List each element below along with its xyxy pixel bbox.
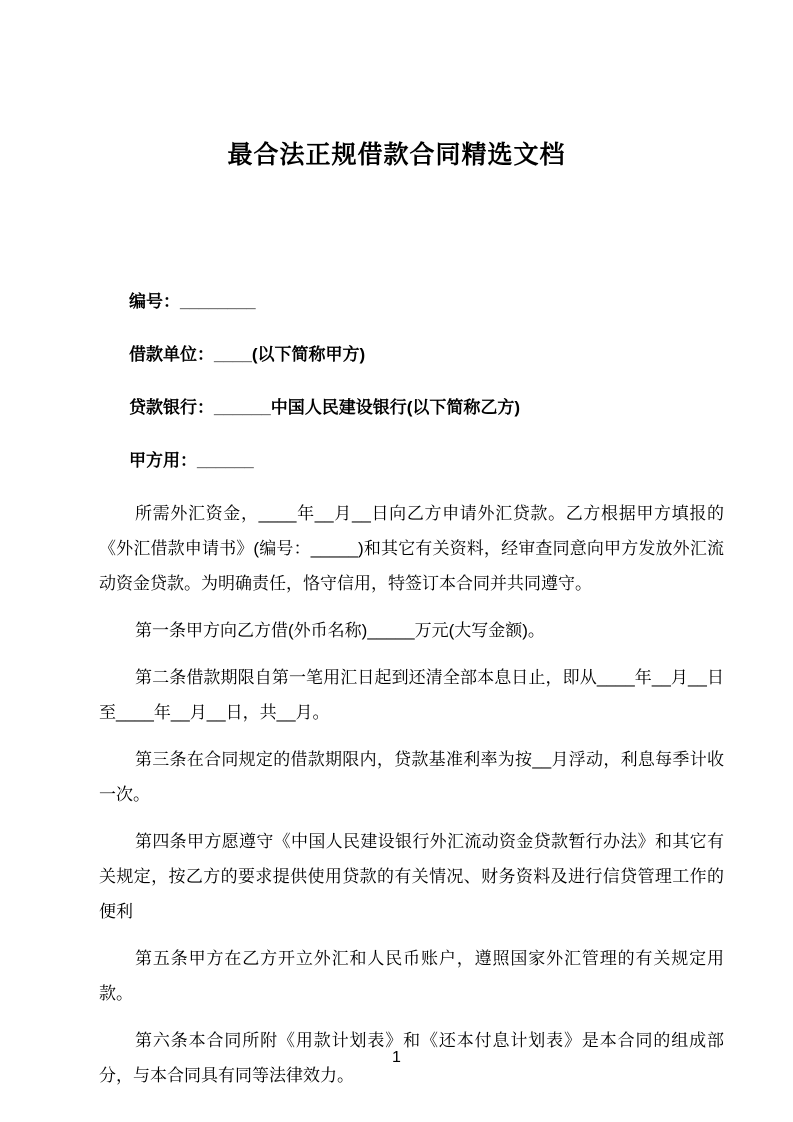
field-label-contract-number: 编号： (129, 292, 180, 311)
paragraph-clause-3: 第三条在合同规定的借款期限内，贷款基准利率为按__月浮动，利息每季计收一次。 (99, 742, 724, 812)
paragraph-clause-1: 第一条甲方向乙方借(外币名称)_____万元(大写金额)。 (99, 613, 724, 648)
field-line-lending-bank: 贷款银行：______中国人民建设银行(以下简称乙方) (99, 390, 724, 425)
paragraph-preamble: 所需外汇资金，____年__月__日向乙方申请外汇贷款。乙方根据甲方填报的《外汇… (99, 496, 724, 601)
paragraph-clause-5: 第五条甲方在乙方开立外汇和人民币账户，遵照国家外汇管理的有关规定用款。 (99, 941, 724, 1011)
field-value-lending-bank: ______中国人民建设银行(以下简称乙方) (214, 398, 520, 417)
field-label-party-a-use: 甲方用： (129, 451, 197, 470)
document-body: 编号：________ 借款单位：____(以下简称甲方) 贷款银行：_____… (99, 284, 724, 1093)
field-value-borrower: ____(以下简称甲方) (214, 345, 365, 364)
document-title: 最合法正规借款合同精选文档 (0, 140, 793, 170)
field-label-borrower: 借款单位： (129, 345, 214, 364)
paragraph-clause-4: 第四条甲方愿遵守《中国人民建设银行外汇流动资金贷款暂行办法》和其它有关规定，按乙… (99, 824, 724, 929)
field-label-lending-bank: 贷款银行： (129, 398, 214, 417)
paragraph-clause-2: 第二条借款期限自第一笔用汇日起到还清全部本息日止，即从____年__月__日至_… (99, 660, 724, 730)
page-number: 1 (0, 1048, 793, 1068)
field-value-party-a-use: ______ (197, 451, 254, 470)
document-page: 最合法正规借款合同精选文档 编号：________ 借款单位：____(以下简称… (0, 0, 793, 1122)
field-value-contract-number: ________ (180, 292, 256, 311)
field-line-party-a-use: 甲方用：______ (99, 443, 724, 478)
field-line-borrower: 借款单位：____(以下简称甲方) (99, 337, 724, 372)
field-line-contract-number: 编号：________ (99, 284, 724, 319)
